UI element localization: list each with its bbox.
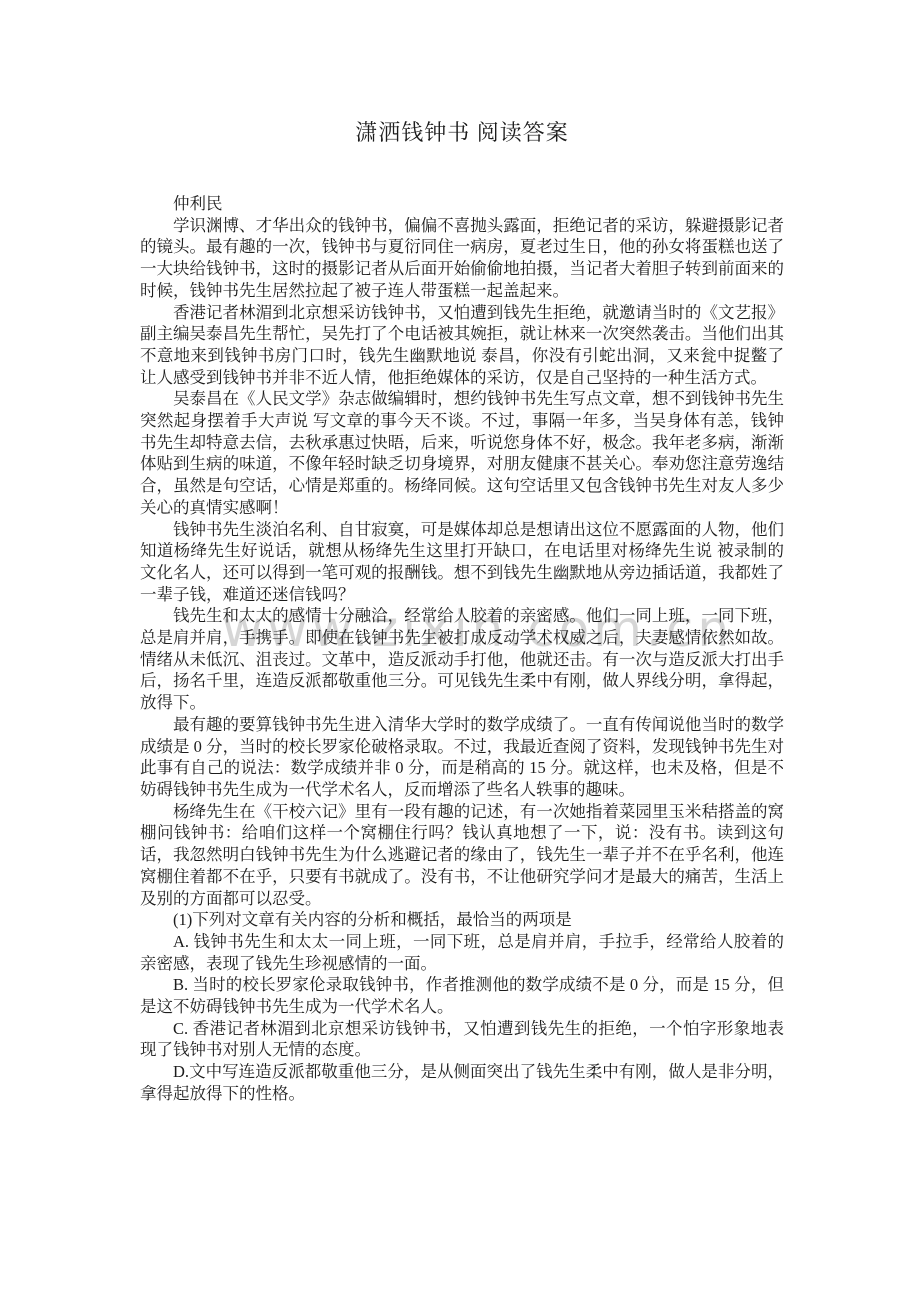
body-paragraph-5: 钱先生和太太的感情十分融洽，经常给人胶着的亲密感。他们一同上班，一同下班，总是肩… — [140, 605, 784, 714]
question-option-c: C. 香港记者林湄到北京想采访钱钟书，又怕遭到钱先生的拒绝，一个怕字形象地表现了… — [140, 1018, 784, 1061]
question-option-a: A. 钱钟书先生和太太一同上班，一同下班，总是肩并肩，手拉手，经常给人胶着的亲密… — [140, 931, 784, 974]
page-title: 潇洒钱钟书 阅读答案 — [140, 116, 784, 147]
byline: 仲利民 — [140, 193, 784, 215]
body-paragraph-6: 最有趣的要算钱钟书先生进入清华大学时的数学成绩了。一直有传闻说他当时的数学成绩是… — [140, 714, 784, 801]
body-paragraph-2: 香港记者林湄到北京想采访钱钟书，又怕遭到钱先生拒绝，就邀请当时的《文艺报》副主编… — [140, 302, 784, 389]
question-option-b: B. 当时的校长罗家伦录取钱钟书，作者推测他的数学成绩不是 0 分，而是 15 … — [140, 974, 784, 1017]
question-option-d: D.文中写连造反派都敬重他三分，是从侧面突出了钱先生柔中有刚，做人是非分明，拿得… — [140, 1061, 784, 1104]
body-paragraph-3: 吴泰昌在《人民文学》杂志做编辑时，想约钱钟书先生写点文章，想不到钱钟书先生突然起… — [140, 388, 784, 518]
question-stem: (1)下列对文章有关内容的分析和概括，最恰当的两项是 — [140, 909, 784, 931]
body-paragraph-4: 钱钟书先生淡泊名利、自甘寂寞，可是媒体却总是想请出这位不愿露面的人物，他们知道杨… — [140, 519, 784, 606]
document-page: www.zixin.com.cn 潇洒钱钟书 阅读答案 仲利民 学识渊博、才华出… — [0, 0, 920, 1302]
body-paragraph-1: 学识渊博、才华出众的钱钟书，偏偏不喜抛头露面，拒绝记者的采访，躲避摄影记者的镜头… — [140, 215, 784, 302]
document-content: 潇洒钱钟书 阅读答案 仲利民 学识渊博、才华出众的钱钟书，偏偏不喜抛头露面，拒绝… — [140, 116, 784, 1105]
body-paragraph-7: 杨绛先生在《干校六记》里有一段有趣的记述，有一次她指着菜园里玉米秸搭盖的窝棚问钱… — [140, 801, 784, 910]
